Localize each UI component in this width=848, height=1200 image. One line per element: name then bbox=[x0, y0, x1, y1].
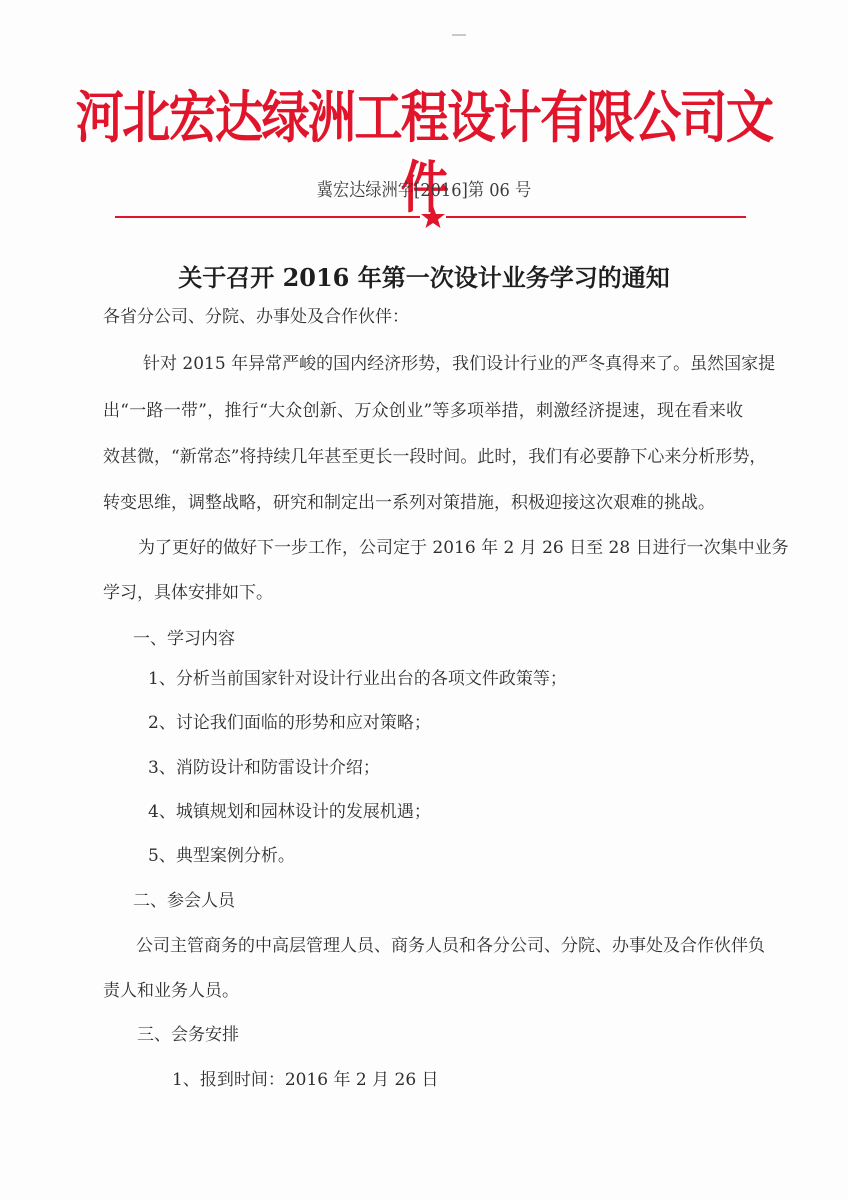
section-heading-attendees: 二、参会人员 bbox=[133, 889, 235, 913]
list-item: 1、分析当前国家针对设计行业出台的各项文件政策等； bbox=[148, 667, 567, 691]
salutation: 各省分公司、分院、办事处及合作伙伴： bbox=[103, 305, 409, 329]
attendees-line-1: 公司主管商务的中高层管理人员、商务人员和各分公司、分院、办事处及合作伙伴负 bbox=[136, 934, 743, 958]
notice-title: 关于召开 2016 年第一次设计业务学习的通知 bbox=[0, 258, 848, 293]
star-icon bbox=[420, 205, 446, 229]
section-heading-study-content: 一、学习内容 bbox=[133, 627, 235, 651]
red-divider-left bbox=[115, 216, 420, 218]
list-item: 5、典型案例分析。 bbox=[148, 844, 295, 868]
doc-number: 冀宏达绿洲字[2016]第 06 号 bbox=[42, 176, 805, 202]
list-item: 2、讨论我们面临的形势和应对策略； bbox=[148, 711, 431, 735]
paragraph-2-line-2: 学习，具体安排如下。 bbox=[103, 581, 273, 605]
scan-mark bbox=[452, 34, 466, 36]
paragraph-1-line-1: 针对 2015 年异常严峻的国内经济形势，我们设计行业的严冬真得来了。虽然国家提 bbox=[143, 352, 743, 376]
section-heading-arrangements: 三、会务安排 bbox=[137, 1023, 239, 1047]
paragraph-1-line-2: 出“一路一带”，推行“大众创新、万众创业”等多项举措，刺激经济提速，现在看来收 bbox=[103, 399, 743, 423]
paragraph-2-line-1: 为了更好的做好下一步工作，公司定于 2016 年 2 月 26 日至 28 日进… bbox=[138, 536, 743, 560]
list-item: 4、城镇规划和园林设计的发展机遇； bbox=[148, 800, 431, 824]
list-item: 1、报到时间：2016 年 2 月 26 日 bbox=[172, 1068, 439, 1092]
paragraph-1-line-4: 转变思维，调整战略，研究和制定出一系列对策措施，积极迎接这次艰难的挑战。 bbox=[103, 491, 715, 515]
attendees-line-2: 责人和业务人员。 bbox=[103, 979, 239, 1003]
org-title: 河北宏达绿洲工程设计有限公司文件 bbox=[59, 84, 788, 224]
list-item: 3、消防设计和防雷设计介绍； bbox=[148, 756, 380, 780]
document-page: 河北宏达绿洲工程设计有限公司文件 冀宏达绿洲字[2016]第 06 号 关于召开… bbox=[0, 0, 848, 1200]
paragraph-1-line-3: 效甚微，“新常态”将持续几年甚至更长一段时间。此时，我们有必要静下心来分析形势， bbox=[103, 445, 743, 469]
red-divider-right bbox=[446, 216, 746, 218]
